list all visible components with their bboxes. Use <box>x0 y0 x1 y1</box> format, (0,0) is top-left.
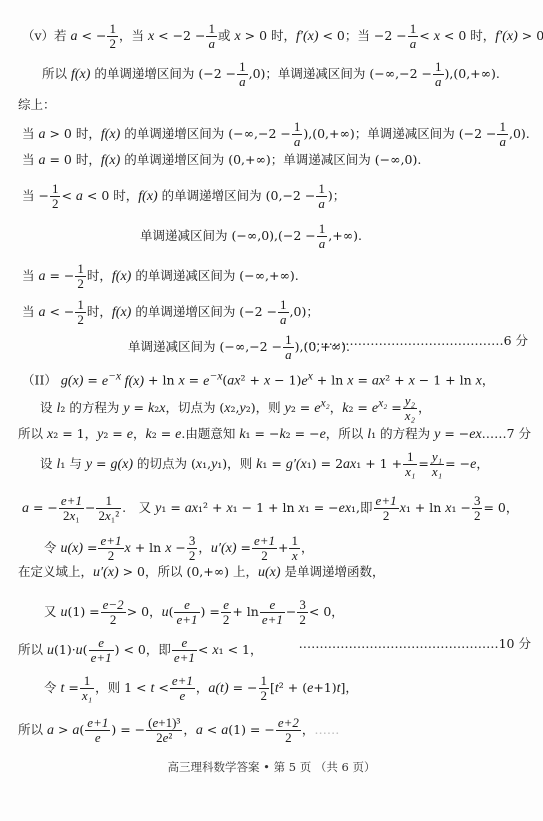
tangent-point-values: 所以 x₂ = 1，y₂ = e，k₂ = e.由题意知 k₁ = −k₂ = … <box>18 426 531 443</box>
case-v-condition: （v）若 a < −12，当 x < −2 −1a或 x > 0 时，f′(x)… <box>22 22 543 51</box>
tangent-l1: 设 l₁ 与 y = g(x) 的切点为 (x₁,y₁)，则 k₁ = g′(x… <box>40 450 489 479</box>
a-expression: a = −e+12x₁−12x₁². 又 y₁ = ax₁² + x₁ − 1 … <box>22 494 518 523</box>
a-range: 所以 a > a(e+1e) = −(e+1)³2e²，a < a(1) = −… <box>18 716 339 745</box>
part-ii-g: （II） g(x) = e−x f(x) + ln x = e−x(ax² + … <box>22 368 494 390</box>
t-definition: 令 t =1x₁，则 1 < t <e+1e，a(t) = −12[t² + (… <box>44 674 358 703</box>
score-10: …………………………………………10 分 <box>299 636 531 652</box>
summary-a-neg-half: 当 a = −12时，f(x) 的单调递减区间为 (−∞,+∞). <box>22 262 299 291</box>
summary-a-less-neg-half-dec: 单调递减区间为 (−∞,−2 −1a),(0,+∞). ………………………………… <box>128 333 528 362</box>
summary-a-neg-half-to-zero: 当 −12< a < 0 时，f(x) 的单调递增区间为 (0,−2 −1a)； <box>22 182 345 211</box>
summary-a-zero: 当 a = 0 时，f(x) 的单调递增区间为 (0,+∞)；单调递减区间为 (… <box>22 152 421 169</box>
case-v-result: 所以 f(x) 的单调递增区间为 (−2 −1a,0)；单调递减区间为 (−∞,… <box>42 60 500 89</box>
summary-heading: 综上： <box>18 97 56 113</box>
summary-a-positive: 当 a > 0 时，f(x) 的单调递增区间为 (−∞,−2 −1a),(0,+… <box>22 120 530 149</box>
score-7: ……7 分 <box>482 426 531 442</box>
u-definition: 令 u(x) =e+12x + ln x −32，u′(x) =e+12+1x， <box>44 534 314 563</box>
u-monotonic: 在定义域上，u′(x) > 0，所以 (0,+∞) 上，u(x) 是单调递增函数… <box>18 564 385 581</box>
x1-range: 所以 u(1)·u(ee+1) < 0，即ee+1< x₁ < 1， ……………… <box>18 636 531 665</box>
page-footer: 高三理科数学答案 • 第 5 页 （共 6 页） <box>0 759 543 775</box>
score-6: …………………………………………6 分 <box>304 333 528 349</box>
summary-a-less-neg-half: 当 a < −12时，f(x) 的单调递增区间为 (−2 −1a,0)； <box>22 298 319 327</box>
u-values: 又 u(1) =e−22> 0，u(ee+1) =e2+ lnee+1−32< … <box>44 598 344 627</box>
tangent-l2: 设 l₂ 的方程为 y = k₂x，切点为 (x₂,y₂)，则 y₂ = ex₂… <box>40 394 431 423</box>
summary-a-neg-half-to-zero-dec: 单调递减区间为 (−∞,0),(−2 −1a,+∞). <box>140 222 362 251</box>
